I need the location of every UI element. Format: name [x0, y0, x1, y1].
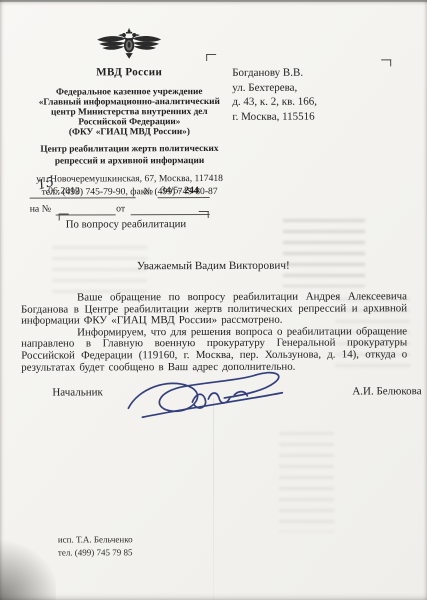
subject-line: По вопросу реабилитации	[66, 218, 186, 230]
recipient-name: Богданову В.В.	[232, 66, 317, 81]
reference-row: на № от	[30, 203, 210, 216]
handwritten-signature	[120, 366, 310, 425]
department-name: Центр реабилитации жертв политических ре…	[26, 144, 232, 168]
letter-body: Ваше обращение по вопросу реабилитации А…	[21, 291, 407, 374]
body-paragraph: Ваше обращение по вопросу реабилитации А…	[21, 291, 407, 327]
org-line: Федеральное казенное учреждение	[26, 87, 232, 98]
dept-line: Центр реабилитации жертв политических	[26, 144, 232, 156]
executor-name: исп. Т.А. Бельченко	[58, 533, 133, 546]
salutation: Уважаемый Вадим Викторович!	[0, 259, 427, 272]
org-full-name: Федеральное казенное учреждение «Главный…	[26, 87, 232, 138]
executor-phone: тел. (499) 745 79 85	[58, 546, 133, 559]
address-zone-corner-mark	[381, 59, 391, 66]
date-number-block: 15 .06.2012 № 34/5- 244 на № от	[30, 185, 210, 216]
org-line: центр Министерства внутренних дел	[26, 107, 232, 118]
org-line: Российской Федерации»	[26, 117, 232, 128]
ref-from-label: от	[116, 203, 125, 215]
letter-content: МВД России Федеральное казенное учрежден…	[0, 0, 427, 600]
date-field: 15 .06.2012	[30, 185, 136, 198]
org-line: (ФКУ «ГИАЦ МВД России»)	[26, 127, 232, 138]
signer-title: Начальник	[52, 386, 103, 398]
recipient-address: Богданову В.В. ул. Бехтерева, д. 43, к. …	[232, 66, 317, 124]
mvd-eagle-emblem-icon	[96, 28, 162, 59]
outgoing-number: 34/5-	[161, 185, 182, 196]
scanned-letter: МВД России Федеральное казенное учрежден…	[0, 0, 427, 600]
letterhead: МВД России Федеральное казенное учрежден…	[26, 28, 233, 199]
ref-number-label: на №	[30, 204, 51, 216]
recipient-building: д. 43, к. 2, кв. 166,	[232, 95, 317, 110]
number-sign-label: №	[144, 186, 153, 198]
dept-line: репрессий и архивной информации	[26, 155, 232, 167]
recipient-city: г. Москва, 115516	[232, 109, 317, 124]
recipient-street: ул. Бехтерева,	[232, 80, 317, 95]
org-short-name: МВД России	[26, 66, 232, 79]
subject-zone-corner-mark	[199, 211, 209, 218]
outgoing-number-suffix: 244	[184, 185, 199, 196]
signer-name: А.И. Белюкова	[352, 385, 421, 397]
address-zone-corner-mark	[206, 54, 216, 61]
date-row: 15 .06.2012 № 34/5- 244	[30, 185, 210, 199]
org-line: «Главный информационно-аналитический	[26, 97, 232, 108]
outgoing-number-field: 34/5- 244	[158, 185, 210, 198]
executor-block: исп. Т.А. Бельченко тел. (499) 745 79 85	[58, 533, 133, 558]
